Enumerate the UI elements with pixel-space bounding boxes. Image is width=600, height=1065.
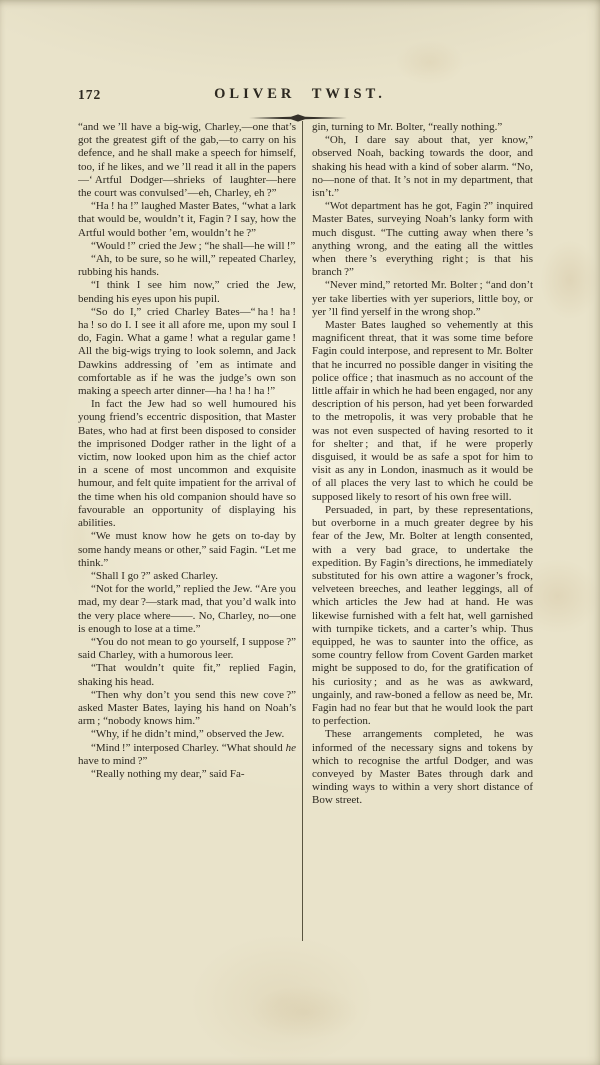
- paragraph: These arrangements completed, he was inf…: [312, 728, 533, 807]
- paragraph: “and we ’ll have a big-wig, Charley,—one…: [78, 121, 296, 200]
- paragraph: “Really nothing my dear,” said Fa-: [78, 768, 296, 781]
- paragraph: “That wouldn’t quite fit,” replied Fagin…: [78, 662, 296, 688]
- paragraph: Persuaded, in part, by these representat…: [312, 504, 533, 728]
- paragraph: gin, turning to Mr. Bolter, “really noth…: [312, 121, 533, 134]
- paragraph: “We must know how he gets on to-day by s…: [78, 530, 296, 570]
- paragraph: “Ha ! ha !” laughed Master Bates, “what …: [78, 200, 296, 240]
- paragraph: “Oh, I dare say about that, yer know,” o…: [312, 134, 533, 200]
- paper-stain: [540, 240, 600, 320]
- paragraph: “Not for the world,” replied the Jew. “A…: [78, 583, 296, 636]
- book-page: 172 OLIVER TWIST. “and we ’ll have a big…: [0, 0, 600, 1065]
- paragraph: “Shall I go ?” asked Charley.: [78, 570, 296, 583]
- running-head: OLIVER TWIST.: [0, 86, 600, 103]
- paper-stain: [250, 985, 360, 1040]
- paragraph: “So do I,” cried Charley Bates—“ ha ! ha…: [78, 306, 296, 398]
- paragraph: “Never mind,” retorted Mr. Bolter ; “and…: [312, 279, 533, 319]
- right-column: gin, turning to Mr. Bolter, “really noth…: [302, 121, 533, 941]
- paper-stain: [395, 40, 465, 85]
- paragraph: “Why, if he didn’t mind,” observed the J…: [78, 728, 296, 741]
- paragraph: “Wot department has he got, Fagin ?” inq…: [312, 200, 533, 279]
- paragraph: “Ah, to be sure, so he will,” repeated C…: [78, 253, 296, 279]
- paragraph: “Would !” cried the Jew ; “he shall—he w…: [78, 240, 296, 253]
- paragraph: Master Bates laughed so vehemently at th…: [312, 319, 533, 504]
- paragraph: “Then why don’t you send this new cove ?…: [78, 689, 296, 729]
- paragraph: “I think I see him now,” cried the Jew, …: [78, 279, 296, 305]
- text-columns: “and we ’ll have a big-wig, Charley,—one…: [78, 121, 533, 941]
- paragraph: “Mind !” interposed Charley. “What shoul…: [78, 742, 296, 768]
- paragraph: In fact the Jew had so well humoured his…: [78, 398, 296, 530]
- left-column: “and we ’ll have a big-wig, Charley,—one…: [78, 121, 296, 941]
- paragraph: “You do not mean to go yourself, I suppo…: [78, 636, 296, 662]
